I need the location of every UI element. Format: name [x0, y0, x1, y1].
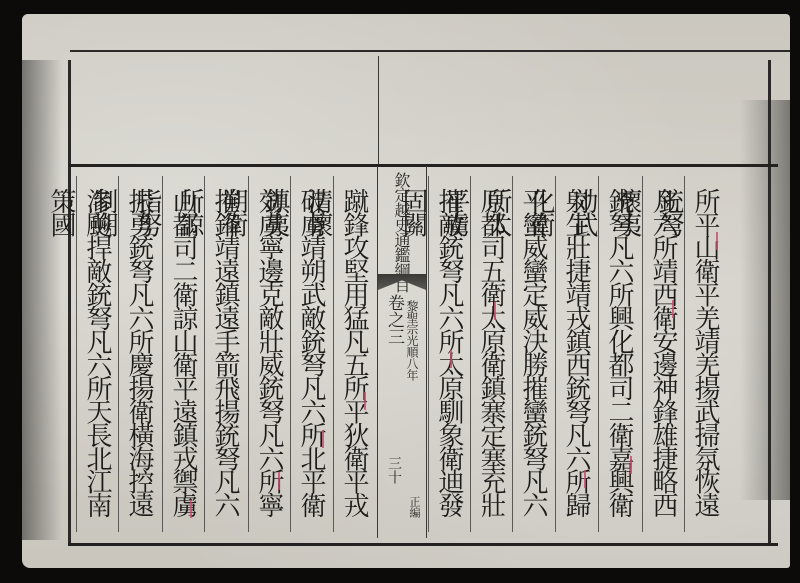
red-punctuation-mark: [494, 302, 496, 320]
column-text: 山都司二衛諒山衛平遠鎮戎禦虜指努: [163, 188, 201, 532]
red-punctuation-mark: [672, 300, 674, 318]
column-text: 効虜寧邊克敵壯威銃弩凡六所寧朔衛: [249, 188, 287, 532]
text-column-r2: 凡六所靖西衛安邊神鋒雄捷略西懷夷: [642, 176, 681, 532]
red-punctuation-mark: [322, 430, 324, 448]
text-column-r6: 原都司五衛太原衛鎮寨定塞充壯平虜: [470, 176, 509, 532]
text-column-l4: 摧鋒靖遠鎮遠手箭飛揚銃弩凡六所諒: [204, 176, 243, 532]
top-border-rule: [70, 50, 790, 52]
text-column-l1: 蹴鋒攻堅用猛凡五所平狄衛平戎清懷: [333, 176, 372, 532]
column-text: 平蠻威蠻定威決勝摧蠻銃弩凡六所太: [513, 188, 551, 532]
text-column-l3: 効虜寧邊克敵壯威銃弩凡六所寧朔衛: [248, 176, 287, 532]
red-punctuation-mark: [190, 500, 192, 518]
text-column-l6: 振勇銃弩凡六所慶揚衛橫海控遠制朔: [118, 176, 157, 532]
column-text: 摧鋒靖遠鎮遠手箭飛揚銃弩凡六所諒: [205, 188, 243, 532]
column-text: 蹴鋒攻堅用猛凡五所平狄衛平戎清懷: [334, 188, 372, 532]
text-column-r5: 平蠻威蠻定威決勝摧蠻銃弩凡六所太: [512, 176, 551, 532]
text-column-l7: 滲飈捍敵銃弩凡六所天長北江南策國: [76, 176, 115, 532]
reign-period: 黎聖宗光順八年: [404, 300, 421, 381]
red-punctuation-mark: [278, 472, 280, 490]
red-punctuation-mark: [630, 456, 632, 474]
page-number: 三十: [384, 456, 404, 484]
red-punctuation-mark: [450, 350, 452, 368]
text-column-r7: 摧敵銃弩凡六所太原馴象衛迪發固關: [428, 176, 467, 532]
column-text: 破虜靖朔武敵銃弩凡六所北平衛鎮夷: [291, 188, 329, 532]
text-column-l2: 破虜靖朔武敵銃弩凡六所北平衛鎮夷: [290, 176, 329, 532]
column-text: 射生壯捷靖戎鎮西銃弩凡六所歸化衛: [556, 188, 594, 532]
column-text: 凡六所靖西衛安邊神鋒雄捷略西懷夷: [643, 188, 681, 532]
text-column-r1: 所平山衛平羌靖羌揚武掃氛恢遠銃弩: [684, 176, 723, 532]
column-text: 摧敵銃弩凡六所太原馴象衛迪發固關: [429, 188, 467, 532]
text-column-r4: 射生壯捷靖戎鎮西銃弩凡六所歸化衛: [555, 176, 594, 532]
column-text: 振勇銃弩凡六所慶揚衛橫海控遠制朔: [119, 188, 157, 532]
worn-left-edge: [22, 60, 62, 540]
text-column-r3: 銃弩凡六所興化都司二衛嘉興衛効武: [598, 176, 637, 532]
center-fold-strip: 欽定越史通鑑綱目 卷之三 黎聖宗光順八年 三十 正編: [377, 166, 427, 538]
edition-label: 正編: [406, 496, 422, 518]
red-punctuation-mark: [364, 392, 366, 410]
red-punctuation-mark: [716, 232, 718, 250]
column-text: 滲飈捍敵銃弩凡六所天長北江南策國: [77, 188, 115, 532]
column-text: 銃弩凡六所興化都司二衛嘉興衛効武: [599, 188, 637, 532]
column-text: 原都司五衛太原衛鎮寨定塞充壯平虜: [471, 188, 509, 532]
red-punctuation-mark: [584, 470, 586, 488]
upper-margin-divider: [378, 56, 379, 164]
text-column-l5: 山都司二衛諒山衛平遠鎮戎禦虜指努: [162, 176, 201, 532]
